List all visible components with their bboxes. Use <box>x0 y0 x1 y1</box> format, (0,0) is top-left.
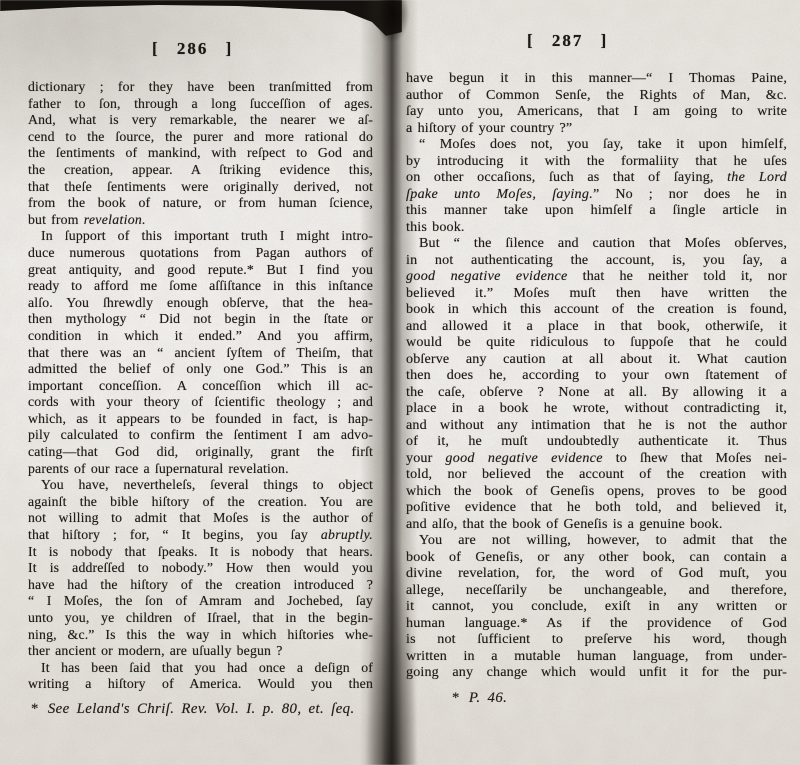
text-line: have had the hiſtory of the creation int… <box>28 577 373 594</box>
scanned-book-spread: [ 286 ] [ 287 ] dictionary ; for they ha… <box>0 0 800 765</box>
text-line: ther ancient or modern, are uſually begu… <box>28 643 373 660</box>
text-line: cend to the ſource, the purer and more r… <box>28 129 373 146</box>
text-line: It has been ſaid that you had once a deſ… <box>28 660 373 677</box>
footnote-right: *P. 46. <box>452 690 507 707</box>
text-line: of it, he muſt undoubtedly authenticate … <box>406 433 787 450</box>
text-line: is not ſufficient to preſerve his word, … <box>406 631 787 648</box>
left-page-text-column: dictionary ; for they have been tranſmit… <box>28 79 373 693</box>
text-line: cating—that God did, originally, grant t… <box>28 444 373 461</box>
footnote-asterisk: * <box>31 701 48 717</box>
text-line: book of Geneſis, or any other book, can … <box>406 549 787 566</box>
text-line: the creation, appear. A ſtriking evidenc… <box>28 162 373 179</box>
text-line: would be quite ridiculous to ſuppoſe tha… <box>406 334 787 351</box>
text-line: and alſo, that the book of Geneſis is a … <box>406 516 787 533</box>
text-line: the caſe, obſerve ? None at all. By allo… <box>406 384 787 401</box>
text-line: and without any intimation that he is no… <box>406 417 787 434</box>
text-line: that theſe ſentiments were originally de… <box>28 179 373 196</box>
text-line: then mythology “ Did not begin in the ſt… <box>28 311 373 328</box>
text-line: going any change which would unfit it fo… <box>406 664 787 681</box>
text-line: it cannot, you conclude, exiſt in any wr… <box>406 598 787 615</box>
text-line: the ſentiments of mankind, with reſpect … <box>28 145 373 162</box>
text-line: in not authenticating the account, is, y… <box>406 252 787 269</box>
text-line: In ſupport of this important truth I mig… <box>28 228 373 245</box>
text-line: this manner take upon himſelf a ſingle a… <box>406 202 787 219</box>
text-line: alſo. You ſhrewdly enough obſerve, that … <box>28 295 373 312</box>
text-line: important conceſſion. A conceſſion which… <box>28 378 373 395</box>
text-line: written in a mutable human language, fro… <box>406 648 787 665</box>
text-line: You are not willing, however, to admit t… <box>406 532 787 549</box>
text-line: believed it.” Moſes muſt then have writt… <box>406 285 787 302</box>
italic-text: good negative evidence <box>406 268 568 284</box>
text-line: human language.* As if the providence of… <box>406 615 787 632</box>
italic-text: good negative evidence <box>445 450 602 466</box>
text-line: dictionary ; for they have been tranſmit… <box>28 79 373 96</box>
text-line: You have, nevertheleſs, ſeveral things t… <box>28 477 373 494</box>
text-line: by introducing it with the formaliity th… <box>406 153 787 170</box>
text-line: admitted the belief of only one God.” Th… <box>28 361 373 378</box>
text-line: not willing to admit that Moſes is the a… <box>28 510 373 527</box>
text-line: ſpake unto Moſes, ſaying.” No ; nor does… <box>406 186 787 203</box>
text-line: duce numerous quotations from Pagan auth… <box>28 245 373 262</box>
text-line: condition in which it ended.” And you af… <box>28 328 373 345</box>
scan-dark-edge-top <box>0 0 402 36</box>
text-line: pily calculated to confirm the ſentiment… <box>28 427 373 444</box>
text-line: cords with your theory of ſcientific the… <box>28 394 373 411</box>
text-line: that there was an “ ancient ſyſtem of Th… <box>28 345 373 362</box>
italic-text: ſpake unto Moſes, ſaying. <box>406 186 593 202</box>
text-line: parents of our race a ſupernatural revel… <box>28 461 373 478</box>
page-number-right: [ 287 ] <box>527 31 608 51</box>
text-line: place in a book he wrote, without contra… <box>406 400 787 417</box>
footnote-left: *See Leland's Chriſ. Rev. Vol. I. p. 80,… <box>31 701 355 718</box>
text-line: It is addreſſed to nobody.” How then wou… <box>28 560 373 577</box>
text-line: which, as it appears to be founded in fa… <box>28 411 373 428</box>
text-line: great antiquity, and good repute.* But I… <box>28 262 373 279</box>
text-line: allege, neceſſarily be unchangeable, and… <box>406 582 787 599</box>
text-line: this book. <box>406 219 787 236</box>
italic-text: the Lord <box>727 169 787 185</box>
right-page-text-column: have begun it in this manner—“ I Thomas … <box>406 70 787 681</box>
text-line: have begun it in this manner—“ I Thomas … <box>406 70 787 87</box>
text-line: author of Common Senſe, the Rights of Ma… <box>406 87 787 104</box>
text-line: unto you, ye children of Iſrael, that in… <box>28 610 373 627</box>
text-line: But “ the ſilence and caution that Moſes… <box>406 235 787 252</box>
text-line: poſitive evidence that he both told, and… <box>406 499 787 516</box>
text-line: that hiſtory ; for, “ It begins, you ſay… <box>28 527 373 544</box>
text-line: obſerve any caution at all about it. Wha… <box>406 351 787 368</box>
footnote-left-text: See Leland's Chriſ. Rev. Vol. I. p. 80, … <box>48 701 355 717</box>
text-line: on other occaſions, ſuch as that of ſayi… <box>406 169 787 186</box>
text-line: divine revelation, for, the word of God … <box>406 565 787 582</box>
text-line: ſay unto you, Americans, that I am going… <box>406 103 787 120</box>
text-line: It is nobody that ſpeaks. It is nobody t… <box>28 544 373 561</box>
text-line: good negative evidence that he neither t… <box>406 268 787 285</box>
text-line: “ Moſes does not, you ſay, take it upon … <box>406 136 787 153</box>
text-line: ready to afford me ſome aſſiſtance in th… <box>28 278 373 295</box>
text-line: a hiſtory of your country ?” <box>406 120 787 137</box>
text-line: and allowed it a place in that book, oth… <box>406 318 787 335</box>
text-line: book in which this account of the creati… <box>406 301 787 318</box>
text-line: your good negative evidence to ſhew that… <box>406 450 787 467</box>
text-line: “ I Moſes, the ſon of Amram and Jochebed… <box>28 593 373 610</box>
text-line: And, what is very remarkable, the nearer… <box>28 112 373 129</box>
text-line: againſt the bible hiſtory of the creatio… <box>28 494 373 511</box>
italic-text: revelation. <box>84 212 146 227</box>
italic-text: abruptly. <box>321 527 373 542</box>
footnote-right-text: P. 46. <box>469 690 507 706</box>
text-line: ning, &c.” Is this the way in which hiſt… <box>28 627 373 644</box>
text-line: then does he, according to your own ſtat… <box>406 367 787 384</box>
text-line: which the book of Geneſis opens, proves … <box>406 483 787 500</box>
text-line: from the book of nature, or from human ſ… <box>28 195 373 212</box>
text-line: writing a hiſtory of America. Would you … <box>28 676 373 693</box>
text-line: but from revelation. <box>28 212 373 229</box>
page-number-left: [ 286 ] <box>152 39 233 59</box>
text-line: told, nor believed the account of the cr… <box>406 466 787 483</box>
text-line: father to ſon, through a long ſucceſſion… <box>28 96 373 113</box>
footnote-asterisk: * <box>452 690 469 706</box>
